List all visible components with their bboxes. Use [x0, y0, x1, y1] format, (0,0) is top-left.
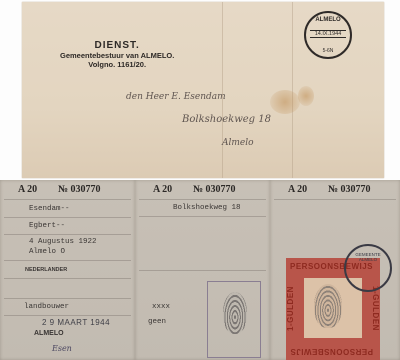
- stamp-bottom-text: PERSOONSBEWIJS: [290, 347, 373, 356]
- address-line-2: Bolkshoekweg 18: [182, 114, 271, 125]
- card-series: A 20: [18, 184, 37, 195]
- divider: [274, 199, 396, 200]
- divider: [4, 278, 131, 279]
- divider: [4, 315, 131, 316]
- divider: [139, 199, 266, 200]
- envelope: DIENST. Gemeentebestuur van ALMELO. Volg…: [22, 2, 384, 178]
- card-number: № 030770: [328, 184, 371, 195]
- birth-place: Almelo O: [29, 248, 65, 256]
- stamp-left-text: 1-GULDEN: [286, 286, 295, 331]
- address-line-1: den Heer E. Esendam: [126, 92, 226, 102]
- id-card-page-3: A 20 № 030770 PERSOONSBEWIJS PERSOONSBEW…: [270, 180, 400, 360]
- id-card-page-2: A 20 № 030770 Bolkshoekweg 18 xxxx geen: [135, 180, 270, 360]
- occupation: landbouwer: [24, 303, 69, 311]
- stain: [298, 86, 314, 106]
- remarks: geen: [148, 318, 166, 326]
- divider: [4, 260, 131, 261]
- issue-date-stamp: 2 9 MAART 1944: [42, 318, 110, 327]
- address: Bolkshoekweg 18: [173, 204, 241, 212]
- envelope-fold: [292, 2, 293, 178]
- card-series: A 20: [288, 184, 307, 195]
- header-title: DIENST.: [60, 40, 174, 51]
- signature: Esen: [52, 344, 72, 353]
- divider: [4, 217, 131, 218]
- envelope-header: DIENST. Gemeentebestuur van ALMELO. Volg…: [60, 40, 174, 69]
- fingerprint-image: [314, 284, 342, 328]
- round-stamp-text: GEMEENTE ALMELO: [346, 252, 390, 262]
- card-number: № 030770: [193, 184, 236, 195]
- divider: [4, 199, 131, 200]
- postmark-date: 14.IX.1944: [310, 30, 346, 38]
- given-name: Egbert--: [29, 222, 65, 230]
- card-header: A 20 № 030770: [135, 184, 270, 198]
- divider: [4, 234, 131, 235]
- stain: [270, 90, 300, 114]
- birth-date: 4 Augustus 1922: [29, 238, 97, 246]
- postmark-time: 5-6N: [306, 48, 350, 54]
- stamp-right-text: 1-GULDEN: [371, 286, 380, 331]
- nationality: NEDERLANDER: [25, 267, 67, 273]
- divider: [4, 298, 131, 299]
- issue-place: ALMELO: [34, 330, 64, 337]
- postmark-town: ALMELO: [306, 17, 350, 23]
- marks: xxxx: [152, 303, 170, 311]
- header-municipality: Gemeentebestuur van ALMELO.: [60, 51, 174, 60]
- municipal-round-stamp: GEMEENTE ALMELO: [344, 244, 392, 292]
- card-header: A 20 № 030770: [270, 184, 400, 198]
- id-card-page-1: A 20 № 030770 Esendam-- Egbert-- 4 Augus…: [0, 180, 135, 360]
- envelope-fold: [222, 2, 223, 178]
- card-series: A 20: [153, 184, 172, 195]
- divider: [139, 216, 266, 217]
- address-line-3: Almelo: [222, 138, 254, 148]
- fingerprint-box: [207, 281, 261, 358]
- surname: Esendam--: [29, 205, 70, 213]
- card-number: № 030770: [58, 184, 101, 195]
- postmark-stamp: ALMELO 14.IX.1944 5-6N: [304, 11, 352, 59]
- header-reference: Volgno. 1161/20.: [60, 60, 174, 69]
- fingerprint-image: [223, 292, 247, 334]
- divider: [139, 270, 266, 271]
- card-header: A 20 № 030770: [0, 184, 135, 198]
